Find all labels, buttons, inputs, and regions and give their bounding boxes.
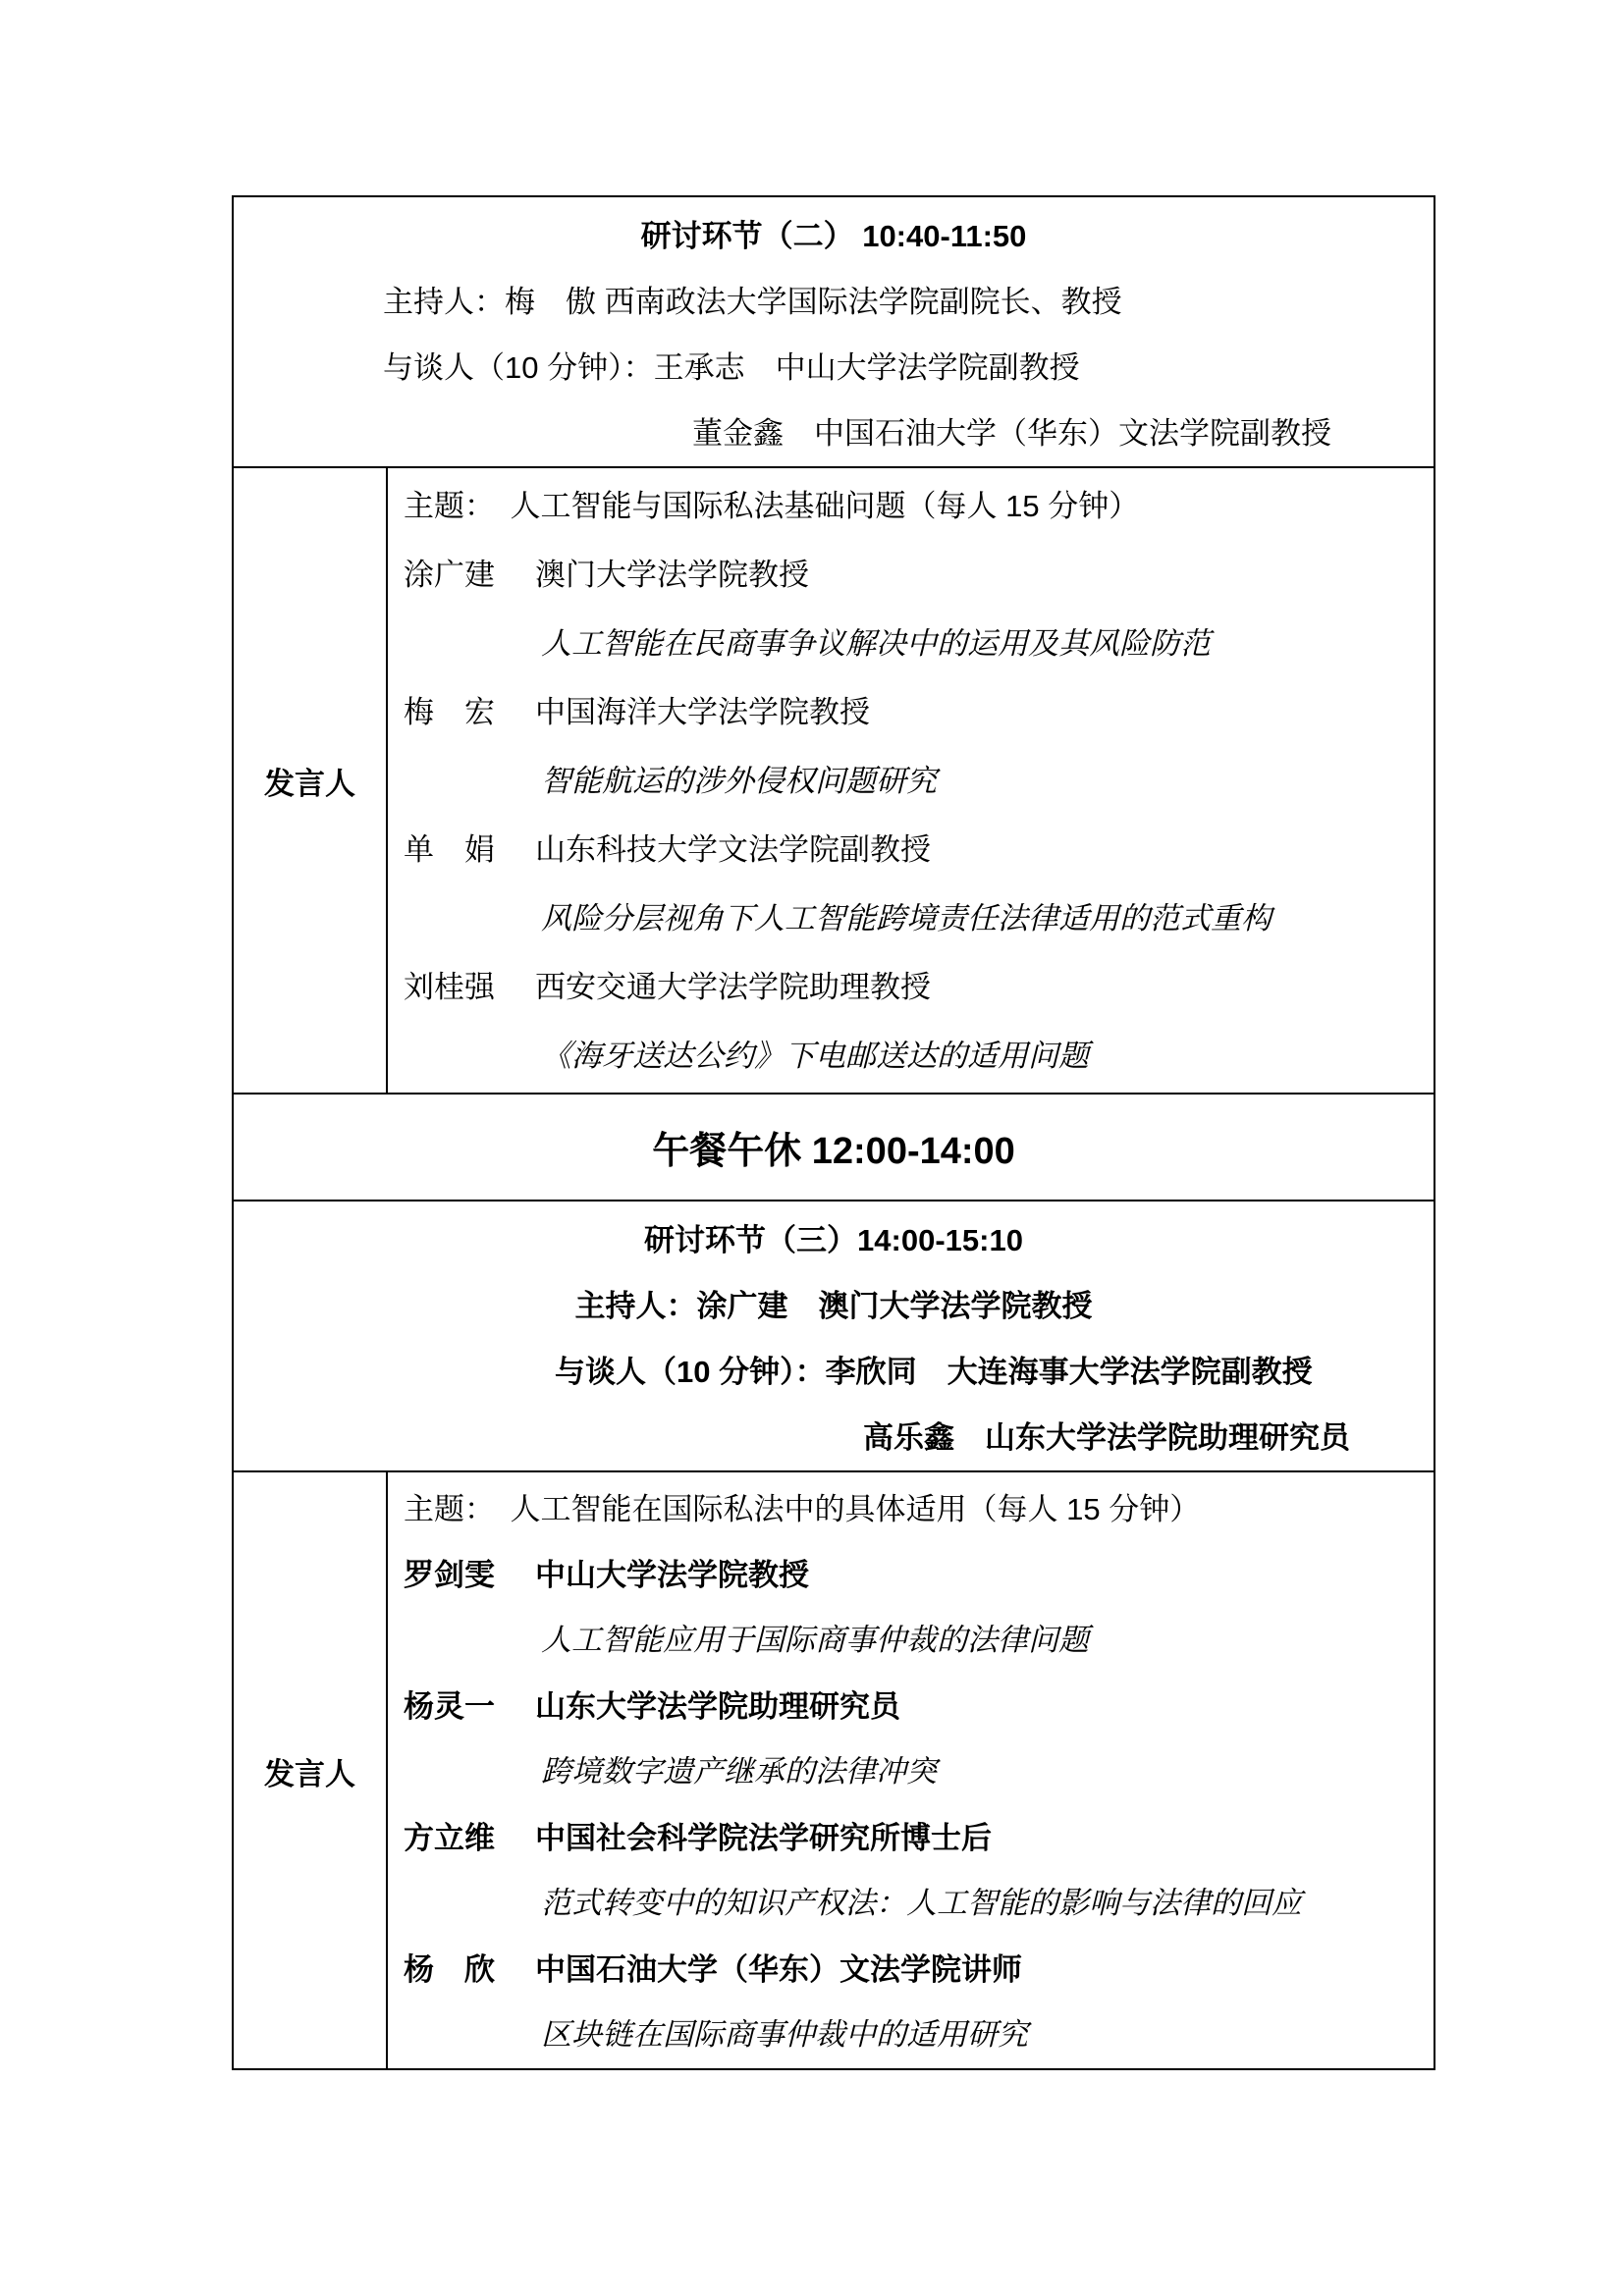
speaker-name: 涂广建 <box>404 541 535 610</box>
session2-speakers-row: 发言人 主题： 人工智能与国际私法基础问题（每人 15 分钟） 涂广建澳门大学法… <box>234 468 1434 1095</box>
speakers-label: 发言人 <box>264 759 355 803</box>
speaker-name: 单 娟 <box>404 816 535 884</box>
paper-title: 风险分层视角下人工智能跨境责任法律适用的范式重构 <box>388 884 1434 953</box>
session3-speakers-row: 发言人 主题： 人工智能在国际私法中的具体适用（每人 15 分钟） 罗剑雯中山大… <box>234 1472 1434 2070</box>
session2-speakers-label-cell: 发言人 <box>234 468 388 1093</box>
document-page: 研讨环节（二） 10:40-11:50 主持人：梅 傲 西南政法大学国际法学院副… <box>0 0 1624 2296</box>
speaker-affiliation: 中国石油大学（华东）文法学院讲师 <box>535 1952 1022 1987</box>
session2-discussant-line2: 董金鑫 中国石油大学（华东）文法学院副教授 <box>234 400 1434 466</box>
paper-title: 《海牙送达公约》下电邮送达的适用问题 <box>388 1022 1434 1091</box>
speaker-affiliation: 中山大学法学院教授 <box>535 1558 809 1592</box>
speaker-affiliation: 澳门大学法学院教授 <box>535 558 809 592</box>
speaker-row: 单 娟山东科技大学文法学院副教授 <box>388 816 1434 884</box>
speaker-row: 杨灵一山东大学法学院助理研究员 <box>388 1674 1434 1739</box>
speaker-row: 杨 欣中国石油大学（华东）文法学院讲师 <box>388 1937 1434 2002</box>
speaker-affiliation: 中国社会科学院法学研究所博士后 <box>535 1821 992 1855</box>
paper-title: 智能航运的涉外侵权问题研究 <box>388 747 1434 816</box>
speaker-row: 涂广建澳门大学法学院教授 <box>388 541 1434 610</box>
speaker-name: 杨灵一 <box>404 1674 535 1739</box>
speaker-row: 罗剑雯中山大学法学院教授 <box>388 1542 1434 1608</box>
speaker-row: 梅 宏中国海洋大学法学院教授 <box>388 678 1434 747</box>
speaker-affiliation: 西安交通大学法学院助理教授 <box>535 970 931 1004</box>
speaker-row: 方立维中国社会科学院法学研究所博士后 <box>388 1805 1434 1871</box>
paper-title: 人工智能在民商事争议解决中的运用及其风险防范 <box>388 610 1434 678</box>
speaker-name: 刘桂强 <box>404 953 535 1022</box>
session2-discussant-line1: 与谈人（10 分钟）：王承志 中山大学法学院副教授 <box>234 335 1434 400</box>
lunch-label: 午餐午休 12:00-14:00 <box>652 1120 1015 1174</box>
paper-title: 范式转变中的知识产权法：人工智能的影响与法律的回应 <box>388 1871 1434 1937</box>
session2-topic: 主题： 人工智能与国际私法基础问题（每人 15 分钟） <box>388 472 1434 541</box>
paper-title: 区块链在国际商事仲裁中的适用研究 <box>388 2002 1434 2068</box>
speaker-affiliation: 山东大学法学院助理研究员 <box>535 1689 900 1724</box>
session2-title: 研讨环节（二） 10:40-11:50 <box>234 203 1434 269</box>
lunch-row: 午餐午休 12:00-14:00 <box>234 1095 1434 1201</box>
agenda-table: 研讨环节（二） 10:40-11:50 主持人：梅 傲 西南政法大学国际法学院副… <box>232 195 1435 2070</box>
speaker-affiliation: 中国海洋大学法学院教授 <box>535 695 870 729</box>
session3-speakers-label-cell: 发言人 <box>234 1472 388 2070</box>
session3-discussant-line1: 与谈人（10 分钟）：李欣同 大连海事大学法学院副教授 <box>234 1339 1434 1405</box>
session2-header-row: 研讨环节（二） 10:40-11:50 主持人：梅 傲 西南政法大学国际法学院副… <box>234 197 1434 468</box>
paper-title: 人工智能应用于国际商事仲裁的法律问题 <box>388 1608 1434 1674</box>
speaker-row: 刘桂强西安交通大学法学院助理教授 <box>388 953 1434 1022</box>
speaker-affiliation: 山东科技大学文法学院副教授 <box>535 832 931 867</box>
speaker-name: 罗剑雯 <box>404 1542 535 1608</box>
session3-host-line: 主持人：涂广建 澳门大学法学院教授 <box>234 1273 1434 1339</box>
session3-speakers-content: 主题： 人工智能在国际私法中的具体适用（每人 15 分钟） 罗剑雯中山大学法学院… <box>388 1472 1434 2070</box>
speakers-label: 发言人 <box>264 1749 355 1793</box>
speaker-name: 梅 宏 <box>404 678 535 747</box>
session3-topic: 主题： 人工智能在国际私法中的具体适用（每人 15 分钟） <box>388 1476 1434 1542</box>
speaker-name: 方立维 <box>404 1805 535 1871</box>
session3-title: 研讨环节（三）14:00-15:10 <box>234 1207 1434 1273</box>
speaker-name: 杨 欣 <box>404 1937 535 2002</box>
paper-title: 跨境数字遗产继承的法律冲突 <box>388 1739 1434 1805</box>
session2-host-line: 主持人：梅 傲 西南政法大学国际法学院副院长、教授 <box>234 269 1434 335</box>
session3-header-row: 研讨环节（三）14:00-15:10 主持人：涂广建 澳门大学法学院教授 与谈人… <box>234 1201 1434 1472</box>
session3-discussant-line2: 高乐鑫 山东大学法学院助理研究员 <box>234 1405 1434 1470</box>
session2-speakers-content: 主题： 人工智能与国际私法基础问题（每人 15 分钟） 涂广建澳门大学法学院教授… <box>388 468 1434 1093</box>
